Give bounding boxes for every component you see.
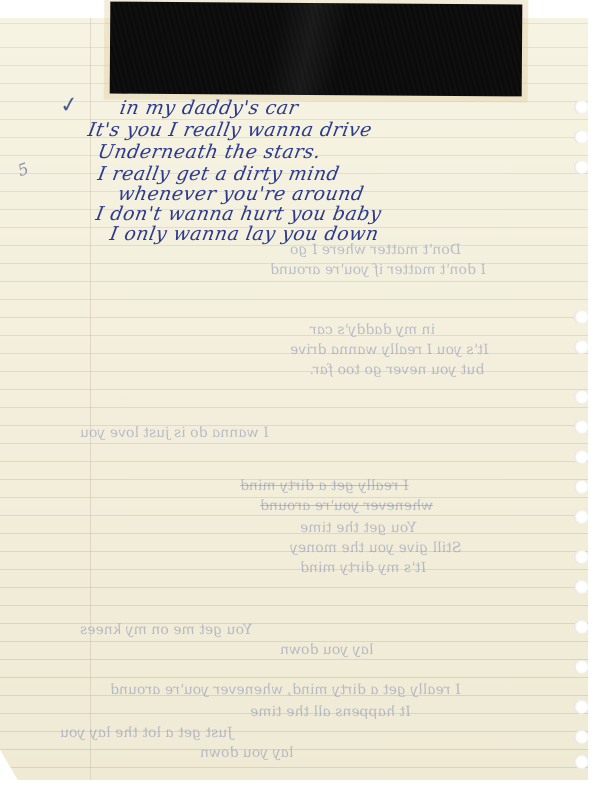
perforation-hole [574,660,588,674]
bleed-line: lay you down [279,642,375,658]
bleed-line: whenever you're around [259,498,434,514]
perforation-hole [574,310,588,324]
lyric-line: Underneath the stars. [96,141,323,163]
bleed-line: I don't matter if you're around [269,262,487,278]
bleed-line: It's my dirty mind [299,560,427,576]
perforation-hole [574,130,588,144]
perforation-hole [574,160,588,174]
perforation-hole [574,420,588,434]
lyric-line: I only wanna lay you down [108,223,381,245]
lyric-line: It's you I really wanna drive [86,119,374,141]
bleed-line: lay you down [199,745,295,761]
perforation-hole [574,480,588,494]
lyric-line: I really get a dirty mind [96,163,341,185]
lyric-line: in my daddy's car [118,97,300,119]
checkmark-icon: ✓ [58,92,80,119]
bleed-line: It's you I really wanna drive [289,342,490,358]
lyric-line: whenever you're around [116,183,366,205]
lyric-line: I don't wanna hurt you baby [94,203,383,225]
perforation-hole [574,730,588,744]
perforation-hole [574,700,588,714]
bleed-line: It happens all the time [249,704,412,720]
bleed-line: Just get a lot the lay you [59,725,234,741]
perforation-hole [574,340,588,354]
perforation-hole [574,580,588,594]
perforation-hole [574,390,588,404]
bleed-line: in my daddy's car [309,322,436,338]
bleed-line: but you never go too far. [309,362,486,378]
bleed-line: I really get a dirty mind, whenever you'… [109,682,462,698]
perforation-hole [574,755,588,769]
bleed-line: Still give you the money [289,540,463,556]
bleed-line: I really get a dirty mind [239,478,410,494]
perforation-hole [574,620,588,634]
bleed-line: You get the time [299,520,418,536]
perforation-hole [574,100,588,114]
perforation-hole [574,510,588,524]
torn-edge [588,18,600,780]
bleed-line: I wanna do is just love you [79,425,270,441]
bleed-line: You get me on my knees [79,622,253,638]
perforation-hole [574,450,588,464]
perforation-hole [574,550,588,564]
black-tape [110,2,523,97]
